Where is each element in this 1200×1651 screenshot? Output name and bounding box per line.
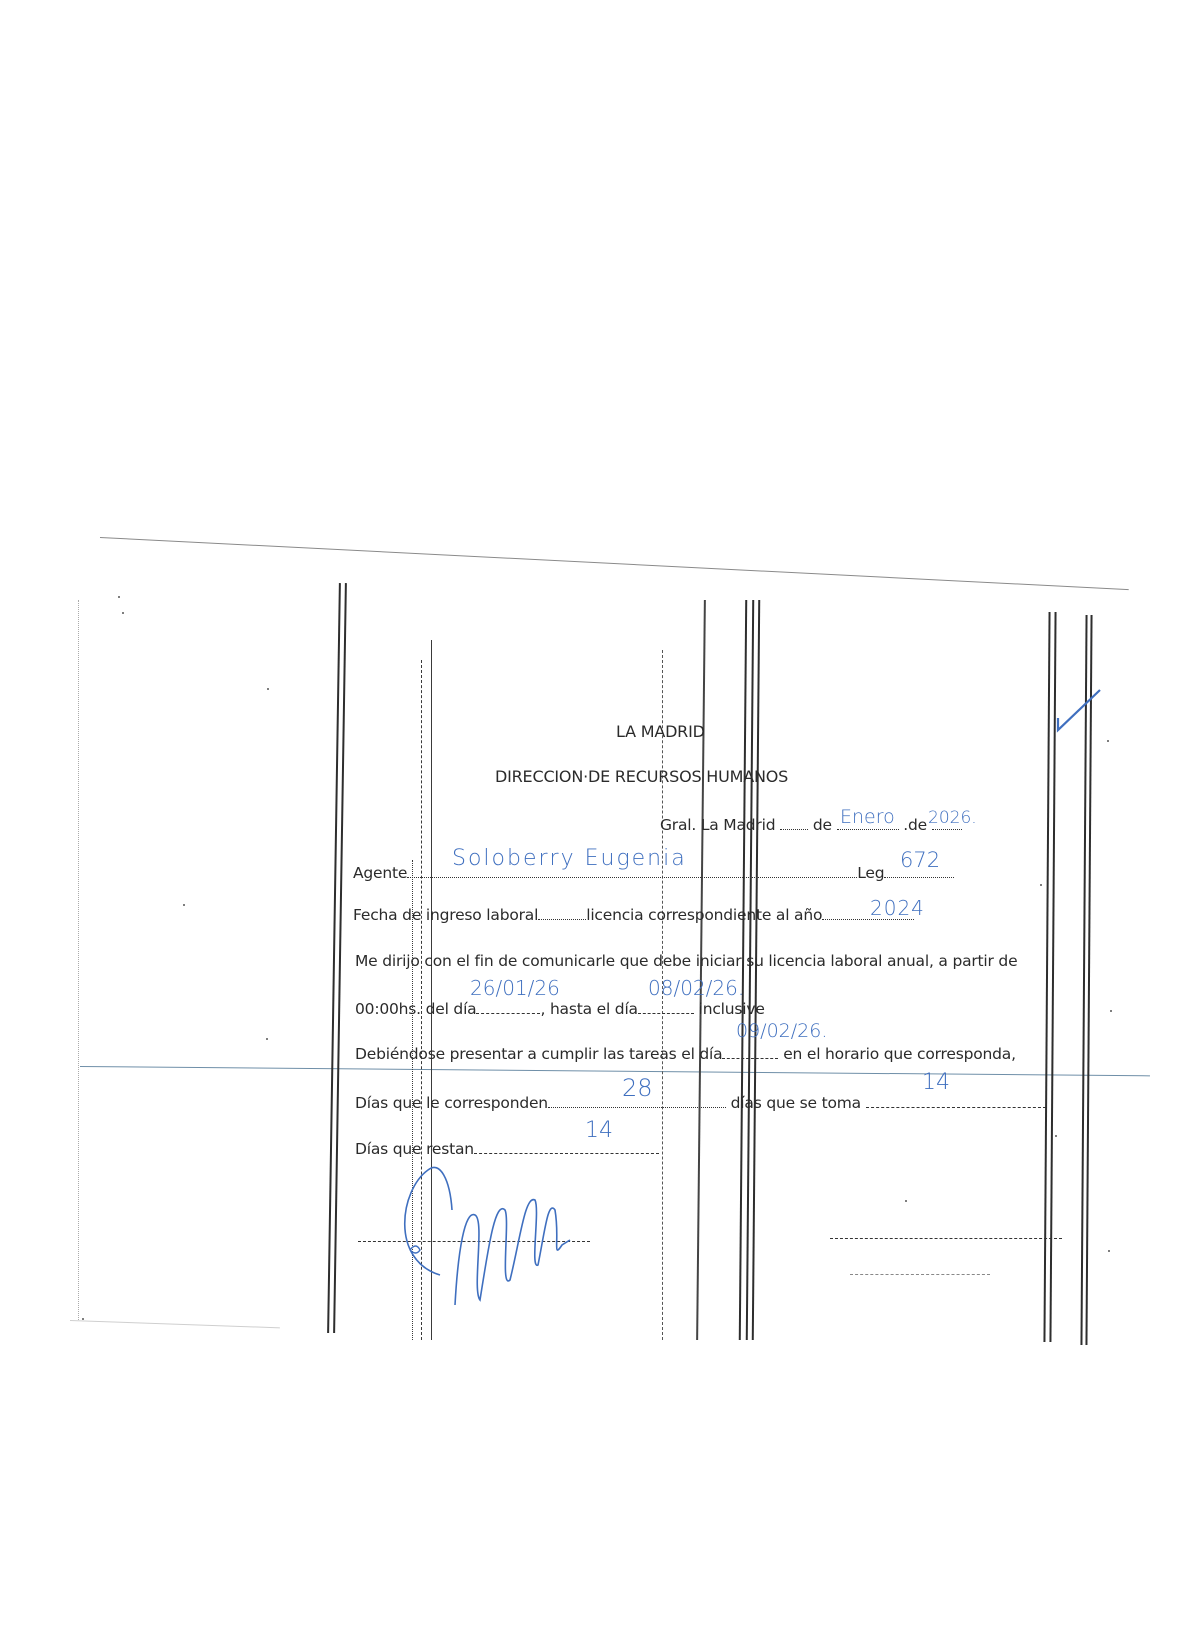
legajo-value: 672 <box>900 848 940 872</box>
speck <box>1107 740 1109 742</box>
speck <box>118 596 120 598</box>
license-year-label: licencia correspondiente al año <box>586 906 822 924</box>
paper-left-edge <box>78 600 79 1320</box>
entitled-days-value: 28 <box>622 1074 653 1102</box>
speck <box>1108 1250 1110 1252</box>
speck <box>267 688 269 690</box>
return-text-before: Debiéndose presentar a cumplir las tarea… <box>355 1045 722 1063</box>
speck <box>1110 1010 1112 1012</box>
speck <box>1055 1135 1057 1137</box>
from-date-value: 26/01/26 <box>470 976 560 1000</box>
from-prefix: 00:00hs. del día <box>355 1000 476 1018</box>
mid-rule-4 <box>752 600 760 1340</box>
agent-label: Agente <box>353 864 407 882</box>
until-date-value: 08/02/26. <box>648 976 744 1000</box>
entry-label: Fecha de ingreso laboral <box>353 906 538 924</box>
right-dash-marks <box>850 1274 990 1275</box>
month-value: Enero <box>840 806 895 828</box>
department-title: DIRECCION·DE RECURSOS HUMANOS <box>495 767 788 786</box>
signature-icon <box>380 1100 620 1280</box>
month-de-label: de <box>908 816 927 834</box>
paper-edge-bottom <box>70 1320 280 1328</box>
agent-name-value: Soloberry Eugenia <box>452 846 687 871</box>
return-line: Debiéndose presentar a cumplir las tarea… <box>355 1045 1016 1063</box>
return-text-after: en el horario que corresponda, <box>783 1045 1016 1063</box>
signature-line-right <box>830 1238 1062 1239</box>
notice-text: Me dirijo con el fin de comunicarle que … <box>355 952 1017 970</box>
return-date-value: 09/02/26. <box>736 1020 827 1042</box>
taken-days-value: 14 <box>922 1070 950 1095</box>
inclusive-label: inclusive <box>699 1000 765 1018</box>
license-year-value: 2024 <box>870 896 925 920</box>
speck <box>266 1038 268 1040</box>
place-label: Gral. La Madrid <box>660 816 775 834</box>
period-line: 00:00hs. del día, hasta el día inclusive <box>355 1000 765 1018</box>
mid-rule-1 <box>696 600 705 1340</box>
date-line: Gral. La Madrid de .de <box>660 816 962 834</box>
border-left-2 <box>333 583 346 1333</box>
speck <box>82 1318 84 1320</box>
institution-title: LA MADRID <box>616 722 705 741</box>
day-de-label: de <box>813 816 832 834</box>
speck <box>905 1200 907 1202</box>
taken-days-label: días que se toma <box>731 1094 861 1112</box>
fold-line <box>80 1066 1150 1076</box>
scanned-document: LA MADRID DIRECCION·DE RECURSOS HUMANOS … <box>0 0 1200 1651</box>
speck <box>1040 884 1042 886</box>
speck <box>183 904 185 906</box>
year-value: 2026. <box>928 808 977 828</box>
speck <box>122 612 124 614</box>
entry-line: Fecha de ingreso laborallicencia corresp… <box>353 906 914 924</box>
mid-rule-2 <box>739 600 747 1340</box>
until-label: , hasta el día <box>540 1000 637 1018</box>
paper-edge-top <box>100 537 1129 590</box>
check-mark-icon <box>1040 680 1100 730</box>
legajo-label: Leg <box>857 864 884 882</box>
